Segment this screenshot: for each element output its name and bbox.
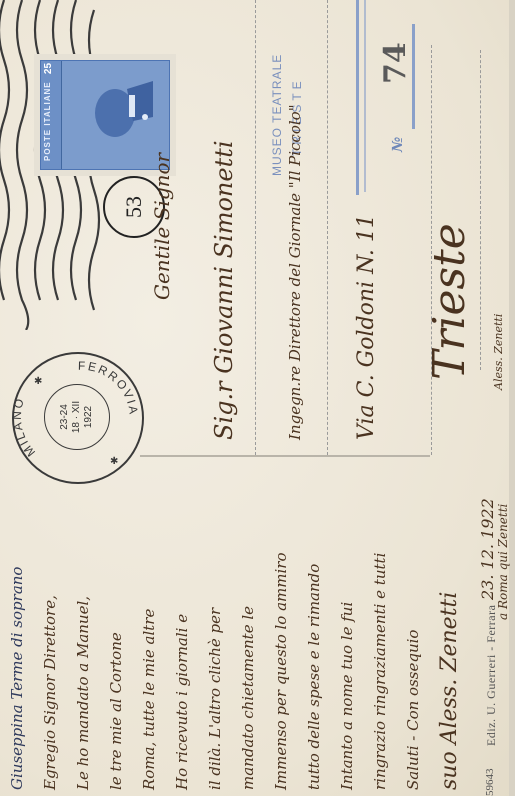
annotation: Aless. Zenetti xyxy=(492,314,505,390)
postmark-day-month: 18 · XII xyxy=(71,401,83,433)
postmark-milano: MILANO FERROVIA ✱ ✱ 23-24 18 · XII 1922 xyxy=(12,352,144,484)
king-portrait-icon xyxy=(85,77,155,151)
svg-text:✱: ✱ xyxy=(34,376,42,387)
message-line: ringrazio ringraziamenti e tutti xyxy=(371,553,389,790)
address-salutation: Gentile Signor xyxy=(150,153,174,300)
catalog-number: 59643 xyxy=(484,769,496,796)
address-city: Trieste xyxy=(424,223,475,380)
message-line: Le ho mandato a Manuel, xyxy=(74,596,92,790)
message-line: mandato chietamente le xyxy=(239,606,257,790)
postmark-year: 1922 xyxy=(83,406,95,428)
message-line: le tre mie al Cortone xyxy=(107,632,125,790)
registry-label: № xyxy=(390,137,406,152)
message-line: tutto delle spese e le rimando xyxy=(305,564,323,790)
address-street: Via C. Goldoni N. 11 xyxy=(354,214,379,440)
message-line: Intanto a nome tuo le fui xyxy=(338,602,356,790)
svg-text:✱: ✱ xyxy=(110,456,118,467)
date-note-place: a Roma qui Zenetti xyxy=(496,504,510,620)
address-rule-1 xyxy=(255,0,256,455)
date-note: 23. 12. 1922 xyxy=(478,498,497,600)
stamp-value: 25 xyxy=(43,63,54,74)
message-line: Giuseppina Terme di soprano xyxy=(8,567,26,790)
publisher-imprint: Ediz. U. Guerreri - Ferrara xyxy=(484,605,499,746)
address-title: Ingegn.re Direttore del Giornale "Il Pic… xyxy=(286,104,304,440)
message-line: Immenso per questo lo ammiro xyxy=(272,553,290,790)
message-line: Saluti - Con ossequio xyxy=(404,630,422,790)
blue-pencil-line xyxy=(364,0,366,192)
message-line: Ho ricevuto i giornali e xyxy=(173,614,191,790)
address-rule-4 xyxy=(480,50,481,370)
card-edge xyxy=(509,0,515,796)
postcard-back: POSTE ITALIANE 25 53 MILANO FERR xyxy=(0,0,515,796)
message-line: suo Aless. Zenetti xyxy=(437,592,462,790)
stamp-country-text: POSTE ITALIANE xyxy=(43,81,52,161)
cancellation-number: 53 xyxy=(121,196,147,218)
svg-text:MILANO: MILANO xyxy=(14,395,38,459)
postmark-time: 23-24 xyxy=(59,404,71,430)
blue-pencil-line xyxy=(356,0,359,195)
address-rule-2 xyxy=(327,0,328,455)
message-line: Egregio Signor Direttore, xyxy=(41,595,59,790)
address-name: Sig.r Giovanni Simonetti xyxy=(210,140,238,440)
message-line: Roma, tutte le mie altre xyxy=(140,609,158,790)
message-line: il dilà. L'altro clichè per xyxy=(206,608,224,790)
card-divider-line xyxy=(140,455,430,457)
registry-number: 74 xyxy=(378,42,413,84)
museum-stamp-line1: MUSEO TEATRALE xyxy=(270,54,284,176)
